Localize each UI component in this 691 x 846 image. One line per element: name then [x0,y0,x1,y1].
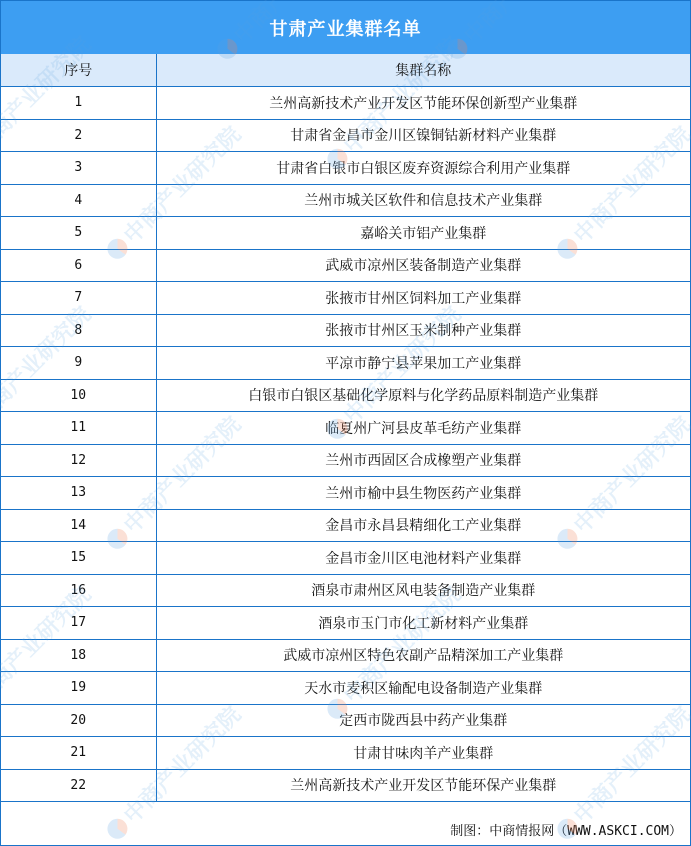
row-cluster-name: 张掖市甘州区玉米制种产业集群 [156,314,690,347]
table-row: 9平凉市静宁县苹果加工产业集群 [1,347,690,380]
row-index: 18 [1,639,156,672]
row-index: 20 [1,704,156,737]
row-index: 10 [1,379,156,412]
row-cluster-name: 酒泉市玉门市化工新材料产业集群 [156,607,690,640]
table-row: 12兰州市西固区合成橡塑产业集群 [1,444,690,477]
row-cluster-name: 酒泉市肃州区风电装备制造产业集群 [156,574,690,607]
row-index: 22 [1,769,156,802]
row-cluster-name: 定西市陇西县中药产业集群 [156,704,690,737]
row-index: 16 [1,574,156,607]
row-cluster-name: 临夏州广河县皮革毛纺产业集群 [156,412,690,445]
row-cluster-name: 白银市白银区基础化学原料与化学药品原料制造产业集群 [156,379,690,412]
table-row: 17酒泉市玉门市化工新材料产业集群 [1,607,690,640]
table-row: 8张掖市甘州区玉米制种产业集群 [1,314,690,347]
row-index: 4 [1,184,156,217]
row-cluster-name: 平凉市静宁县苹果加工产业集群 [156,347,690,380]
table-row: 16酒泉市肃州区风电装备制造产业集群 [1,574,690,607]
table-header-row: 序号 集群名称 [1,54,690,87]
table-row: 4兰州市城关区软件和信息技术产业集群 [1,184,690,217]
table-row: 6武威市凉州区装备制造产业集群 [1,249,690,282]
table-row: 20定西市陇西县中药产业集群 [1,704,690,737]
row-cluster-name: 张掖市甘州区饲料加工产业集群 [156,282,690,315]
row-index: 1 [1,87,156,120]
row-index: 5 [1,217,156,250]
row-cluster-name: 兰州高新技术产业开发区节能环保产业集群 [156,769,690,802]
row-index: 15 [1,542,156,575]
table-row: 7张掖市甘州区饲料加工产业集群 [1,282,690,315]
table-row: 14金昌市永昌县精细化工产业集群 [1,509,690,542]
row-cluster-name: 金昌市金川区电池材料产业集群 [156,542,690,575]
row-index: 13 [1,477,156,510]
row-index: 9 [1,347,156,380]
page-title: 甘肃产业集群名单 [270,15,422,41]
title-band: 甘肃产业集群名单 [1,1,690,54]
table-row: 19天水市麦积区输配电设备制造产业集群 [1,672,690,705]
row-cluster-name: 兰州市榆中县生物医药产业集群 [156,477,690,510]
table-row: 1兰州高新技术产业开发区节能环保创新型产业集群 [1,87,690,120]
table-row: 15金昌市金川区电池材料产业集群 [1,542,690,575]
row-index: 6 [1,249,156,282]
row-index: 14 [1,509,156,542]
row-index: 3 [1,152,156,185]
row-index: 12 [1,444,156,477]
row-index: 21 [1,737,156,770]
cluster-table: 序号 集群名称 1兰州高新技术产业开发区节能环保创新型产业集群2甘肃省金昌市金川… [1,54,690,802]
table-row: 21甘肃甘味肉羊产业集群 [1,737,690,770]
table-row: 3甘肃省白银市白银区废弃资源综合利用产业集群 [1,152,690,185]
row-cluster-name: 兰州高新技术产业开发区节能环保创新型产业集群 [156,87,690,120]
row-cluster-name: 兰州市城关区软件和信息技术产业集群 [156,184,690,217]
source-footer: 制图：中商情报网（WWW.ASKCI.COM） [1,814,690,845]
table-row: 22兰州高新技术产业开发区节能环保产业集群 [1,769,690,802]
table-row: 13兰州市榆中县生物医药产业集群 [1,477,690,510]
row-index: 2 [1,119,156,152]
header-cluster-name: 集群名称 [156,54,690,87]
table-row: 10白银市白银区基础化学原料与化学药品原料制造产业集群 [1,379,690,412]
header-index: 序号 [1,54,156,87]
table-frame: 甘肃产业集群名单 序号 集群名称 1兰州高新技术产业开发区节能环保创新型产业集群… [0,0,691,846]
row-index: 19 [1,672,156,705]
table-row: 5嘉峪关市铝产业集群 [1,217,690,250]
row-cluster-name: 武威市凉州区特色农副产品精深加工产业集群 [156,639,690,672]
row-cluster-name: 嘉峪关市铝产业集群 [156,217,690,250]
table-row: 2甘肃省金昌市金川区镍铜钴新材料产业集群 [1,119,690,152]
table-row: 18武威市凉州区特色农副产品精深加工产业集群 [1,639,690,672]
row-index: 11 [1,412,156,445]
table-row: 11临夏州广河县皮革毛纺产业集群 [1,412,690,445]
row-cluster-name: 金昌市永昌县精细化工产业集群 [156,509,690,542]
row-cluster-name: 武威市凉州区装备制造产业集群 [156,249,690,282]
row-cluster-name: 甘肃省白银市白银区废弃资源综合利用产业集群 [156,152,690,185]
row-index: 7 [1,282,156,315]
row-index: 17 [1,607,156,640]
source-credit: 制图：中商情报网（WWW.ASKCI.COM） [450,820,690,839]
row-cluster-name: 甘肃省金昌市金川区镍铜钴新材料产业集群 [156,119,690,152]
row-index: 8 [1,314,156,347]
row-cluster-name: 兰州市西固区合成橡塑产业集群 [156,444,690,477]
row-cluster-name: 甘肃甘味肉羊产业集群 [156,737,690,770]
row-cluster-name: 天水市麦积区输配电设备制造产业集群 [156,672,690,705]
